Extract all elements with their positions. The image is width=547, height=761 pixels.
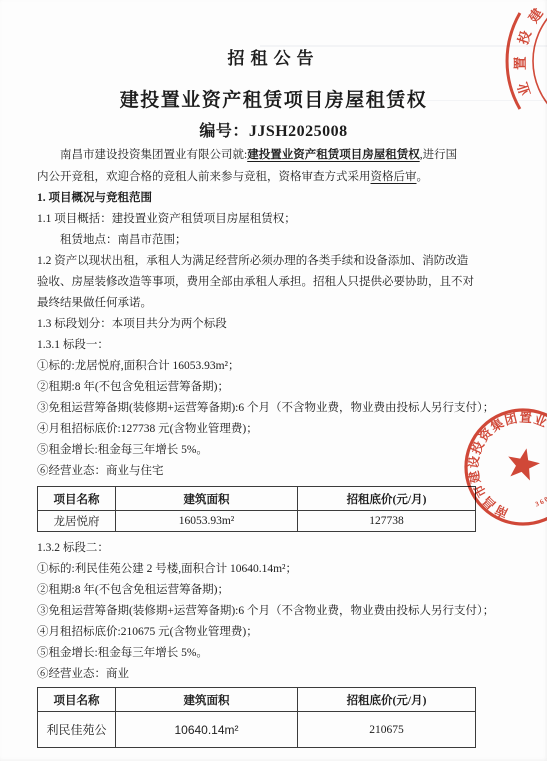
cell-building-area: 16053.93m² (116, 511, 298, 532)
doc-number-value: JJSH2025008 (249, 123, 348, 140)
lot1-item-business-type: ⑥经营业态：商业与住宅 (37, 461, 513, 482)
item-1-1: 1.1 项目概括：建投置业资产租赁项目房屋租赁权； (37, 209, 513, 230)
intro-company: 南昌市建设投资集团置业有限公司就: (60, 149, 247, 161)
cell-building-area: 10640.14m² (116, 712, 298, 748)
lot1-item-base-price: ④月租招标底价:127738 元(含物业管理费)； (37, 419, 513, 440)
col-project-name: 项目名称 (38, 487, 116, 511)
cell-base-price: 127738 (298, 511, 476, 532)
lot1-item-term: ②租期:8 年(不包含免租运营筹备期)； (37, 377, 513, 398)
item-1-3: 1.3 标段划分：本项目共分为两个标段 (37, 314, 513, 335)
doc-subtitle: 建投置业资产租赁项目房屋租赁权 (0, 85, 547, 112)
lot1-item-rent-growth: ⑤租金增长:租金每三年增长 5%。 (37, 440, 513, 461)
lot1-table: 项目名称 建筑面积 招租底价(元/月) 龙居悦府 16053.93m² 1277… (37, 486, 476, 532)
item-1-2-line2: 验收、房屋装修改造等事项，费用全部由承租人承担。招租人只提供必要协助，且不对 (37, 272, 513, 293)
intro-line2-end: 。 (417, 171, 429, 183)
lot2-item-subject: ①标的:利民佳苑公建 2 号楼,面积合计 10640.14m²； (37, 559, 513, 580)
section-1-heading: 1. 项目概况与竞租范围 (37, 188, 513, 209)
lot1-item-subject: ①标的:龙居悦府,面积合计 16053.93m²； (37, 356, 513, 377)
col-base-price: 招租底价(元/月) (298, 688, 476, 712)
intro-project-name: 建投置业资产租赁项目房屋租赁权 (247, 149, 420, 161)
lot1-item-prep-period: ③免租运营筹备期(装修期+运营筹备期):6 个月（不含物业费，物业费由投标人另行… (37, 398, 513, 419)
lot1-table-data-row: 龙居悦府 16053.93m² 127738 (38, 511, 476, 532)
doc-number: 编号：JJSH2025008 (0, 118, 547, 141)
lot2-item-term: ②租期:8 年(不包含免租运营筹备期)； (37, 580, 513, 601)
intro-line-2: 内公开竞租，欢迎合格的竞租人前来参与竞租，资格审查方式采用资格后审。 (37, 166, 513, 188)
item-1-2-line1: 1.2 资产以现状出租，承租人为满足经营所必须办理的各类手续和设备添加、消防改造 (37, 251, 513, 272)
item-lease-location: 租赁地点：南昌市范围； (37, 230, 513, 251)
lot2-item-prep-period: ③免租运营筹备期(装修期+运营筹备期):6 个月（不含物业费，物业费由投标人另行… (37, 601, 513, 622)
lot2-table: 项目名称 建筑面积 招租底价(元/月) 利民佳苑公 10640.14m² 210… (37, 687, 476, 748)
lot2-heading: 1.3.2 标段二： (37, 538, 513, 559)
col-building-area: 建筑面积 (116, 487, 298, 511)
lot2-item-business-type: ⑥经营业态：商业 (37, 664, 513, 685)
intro-review-method: 资格后审 (371, 171, 417, 183)
lot2-table-data-row: 利民佳苑公 10640.14m² 210675 (38, 712, 476, 748)
seal-serial-number: 360 (534, 494, 547, 508)
lot1-heading: 1.3.1 标段一： (37, 335, 513, 356)
edge-seal-char: 建 (525, 5, 546, 26)
doc-number-label: 编号： (199, 123, 249, 140)
cell-base-price: 210675 (298, 712, 476, 748)
intro-tail: ,进行国 (420, 149, 457, 161)
document-body: 南昌市建设投资集团置业有限公司就:建投置业资产租赁项目房屋租赁权,进行国 内公开… (37, 144, 513, 754)
cell-project-name: 利民佳苑公 (38, 712, 116, 748)
lot2-item-base-price: ④月租招标底价:210675 元(含物业管理费)； (37, 622, 513, 643)
item-1-2-line3: 最终结果做任何承诺。 (37, 293, 513, 314)
col-base-price: 招租底价(元/月) (298, 487, 476, 511)
page-title: 招租公告 (0, 44, 547, 69)
lot1-table-header-row: 项目名称 建筑面积 招租底价(元/月) (38, 487, 476, 511)
intro-line-1: 南昌市建设投资集团置业有限公司就:建投置业资产租赁项目房屋租赁权,进行国 (37, 144, 513, 166)
lot2-item-rent-growth: ⑤租金增长:租金每三年增长 5%。 (37, 643, 513, 664)
col-building-area: 建筑面积 (116, 688, 298, 712)
intro-line2-text: 内公开竞租，欢迎合格的竞租人前来参与竞租，资格审查方式采用 (37, 171, 371, 183)
col-project-name: 项目名称 (38, 688, 116, 712)
cell-project-name: 龙居悦府 (38, 511, 116, 532)
document-page: 招租公告 建投置业资产租赁项目房屋租赁权 编号：JJSH2025008 南昌市建… (0, 0, 547, 761)
lot2-table-header-row: 项目名称 建筑面积 招租底价(元/月) (38, 688, 476, 712)
